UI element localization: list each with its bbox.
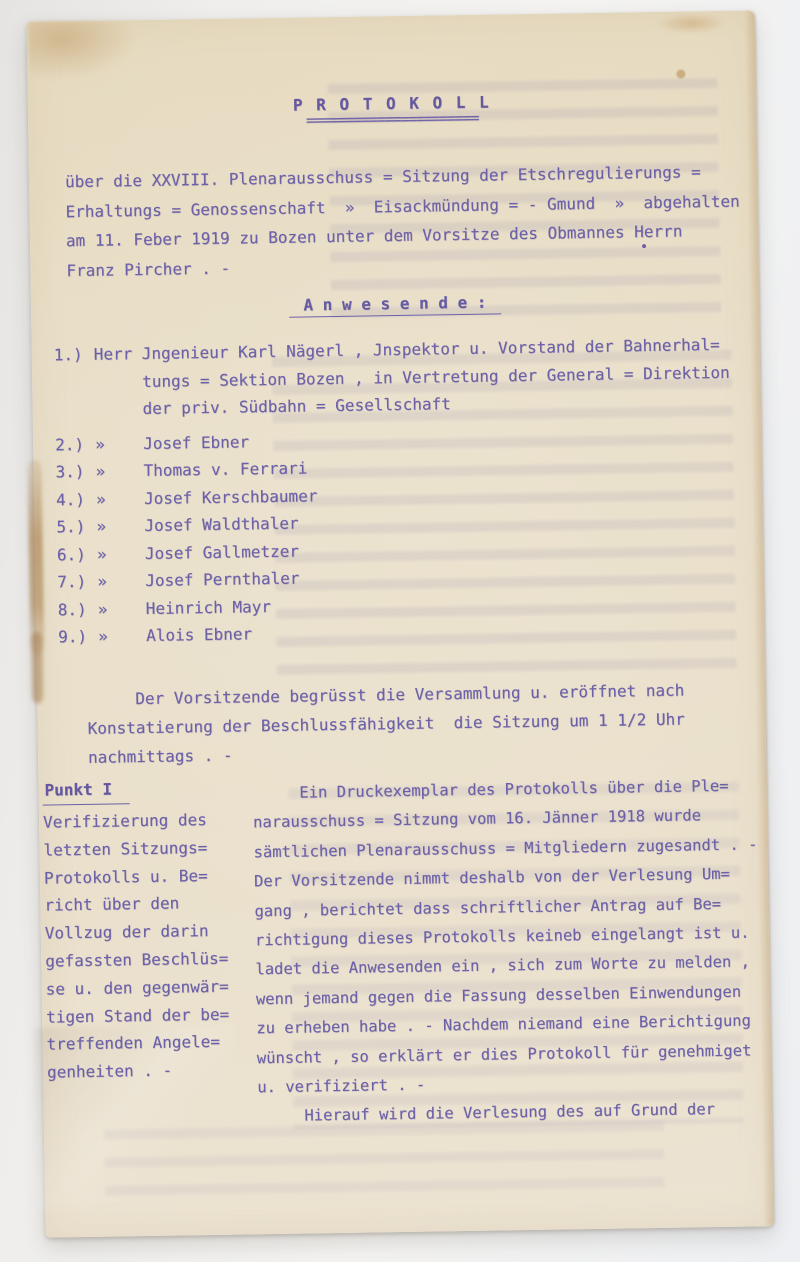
document-page: P R O T O K O L L ======================… [26,10,773,1237]
margin-note-line: letzten Sitzungs= [43,833,249,864]
attendee-number: 5.) [56,513,96,541]
ditto-mark: » [95,457,143,485]
ditto-mark: » [96,512,144,540]
margin-note-line: richt über den [44,889,250,920]
attendee-number: 1.) [54,341,95,424]
attendee-number: 2.) [55,430,95,458]
opening-paragraph: Der Vorsitzende begrüsst die Versammlung… [87,675,738,772]
margin-note-line: genheiten . - [47,1056,253,1087]
ditto-mark: » [97,567,145,595]
attendees-list: 1.)HerrJngenieur Karl Nägerl , Jnspektor… [54,331,751,651]
punkt-1-section: Punkt I Verifizierung desletzten Sitzung… [42,766,766,1135]
margin-note-line: Vollzug der darin [45,917,251,948]
attendee-number: 8.) [58,595,98,623]
attendees-heading: A n w e s e n d e : [289,292,500,317]
attendee-number: 4.) [56,485,96,513]
punkt-1-heading: Punkt I [42,776,130,805]
ditto-mark: Herr [94,340,143,423]
margin-note: Verifizierung desletzten Sitzungs=Protok… [43,805,253,1086]
intro-paragraph: über die XXVIII. Plenarausschuss = Sitzu… [65,157,743,286]
scan-background: P R O T O K O L L ======================… [0,0,800,1262]
ditto-mark: » [98,622,146,650]
punkt-1-body: Ein Druckexemplar des Protokolls über di… [252,766,766,1132]
attendee-number: 9.) [58,623,98,651]
attendee-number: 6.) [57,540,97,568]
attendee-row: 1.)HerrJngenieur Karl Nägerl , Jnspektor… [54,331,747,424]
margin-note-line: Protokolls u. Be= [44,861,250,892]
margin-note-column: Punkt I Verifizierung desletzten Sitzung… [42,774,254,1135]
margin-note-line: gefassten Beschlüs= [45,944,251,975]
ditto-mark: » [97,540,145,568]
ditto-mark: » [95,430,143,458]
ditto-mark: » [96,485,144,513]
typewritten-content: P R O T O K O L L ======================… [26,10,773,1237]
margin-note-line: Verifizierung des [43,805,249,836]
attendee-number: 7.) [57,568,97,596]
margin-note-line: se u. den gegenwär= [45,972,251,1003]
margin-note-line: tigen Stand der be= [46,1000,252,1031]
document-header: P R O T O K O L L ====================== [28,88,756,131]
attendee-number: 3.) [55,458,95,486]
attendees-section: A n w e s e n d e : [31,288,759,321]
margin-note-line: treffenden Angele= [46,1028,252,1059]
ditto-mark: » [98,594,146,622]
attendee-name: Jngenieur Karl Nägerl , Jnspektor u. Vor… [142,331,747,423]
